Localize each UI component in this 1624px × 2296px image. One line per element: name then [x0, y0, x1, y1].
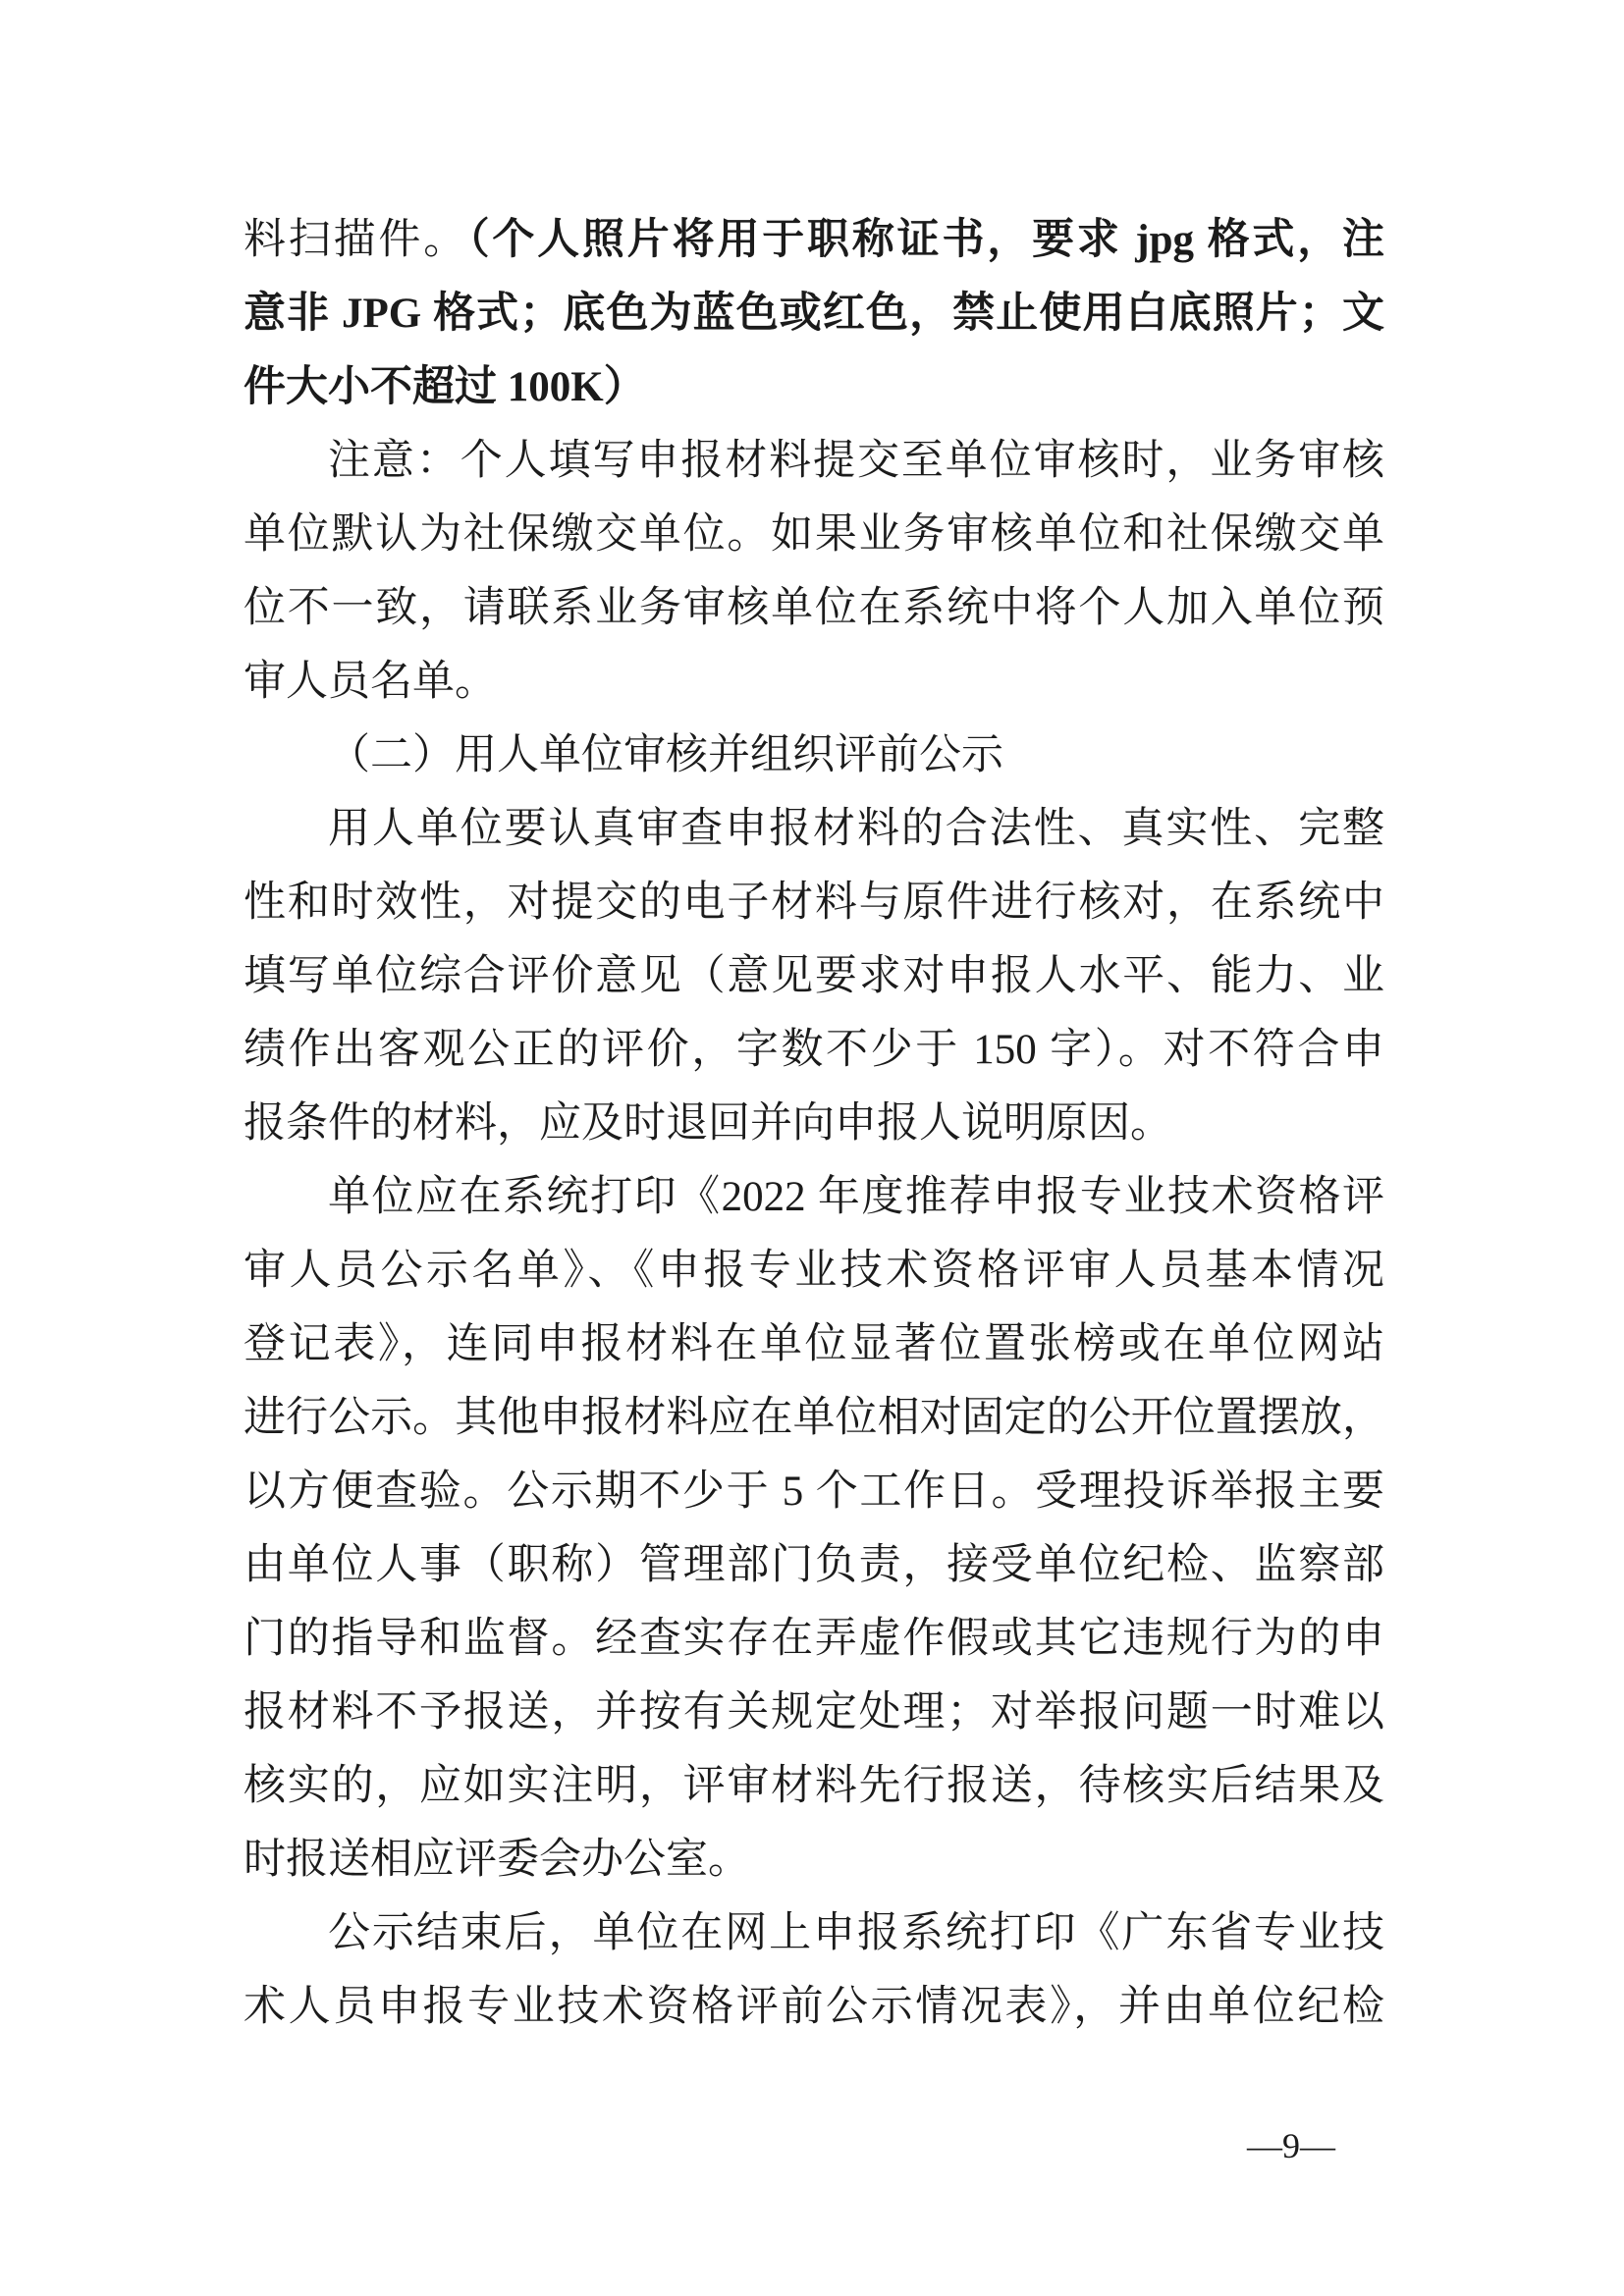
- text-segment: 以方便查验。公示期不少于 5 个工作日。受理投诉举报主要: [244, 1468, 1384, 1515]
- text-segment: 由单位人事（职称）管理部门负责，接受单位纪检、监察部: [244, 1542, 1384, 1588]
- text-segment: 时报送相应评委会办公室。: [244, 1837, 750, 1883]
- text-line: 注意：个人填写申报材料提交至单位审核时，业务审核: [244, 424, 1384, 498]
- text-line: 时报送相应评委会办公室。: [244, 1823, 1384, 1896]
- text-segment: 报条件的材料，应及时退回并向申报人说明原因。: [244, 1100, 1172, 1147]
- section-heading: （二）用人单位审核并组织评前公示: [244, 719, 1384, 792]
- text-segment: 核实的，应如实注明，评审材料先行报送，待核实后结果及: [244, 1763, 1384, 1809]
- text-line: 术人员申报专业技术资格评前公示情况表》，并由单位纪检: [244, 1970, 1384, 2044]
- text-segment: （二）用人单位审核并组织评前公示: [328, 732, 1003, 778]
- text-segment: 门的指导和监督。经查实存在弄虚作假或其它违规行为的申: [244, 1616, 1384, 1662]
- text-segment: 审人员公示名单》、《申报专业技术资格评审人员基本情况: [244, 1248, 1384, 1294]
- text-line: 公示结束后，单位在网上申报系统打印《广东省专业技: [244, 1896, 1384, 1970]
- text-line: 单位应在系统打印《2022 年度推荐申报专业技术资格评: [244, 1160, 1384, 1234]
- text-line: 绩作出客观公正的评价，字数不少于 150 字）。对不符合申: [244, 1013, 1384, 1087]
- text-line: 进行公示。其他申报材料应在单位相对固定的公开位置摆放，: [244, 1381, 1384, 1455]
- text-segment: 进行公示。其他申报材料应在单位相对固定的公开位置摆放，: [244, 1395, 1384, 1441]
- text-line: 用人单位要认真审查申报材料的合法性、真实性、完整: [244, 792, 1384, 866]
- text-line: 位不一致，请联系业务审核单位在系统中将个人加入单位预: [244, 571, 1384, 645]
- text-segment: 报材料不予报送，并按有关规定处理；对举报问题一时难以: [244, 1689, 1384, 1735]
- text-segment: 登记表》，连同申报材料在单位显著位置张榜或在单位网站: [244, 1321, 1384, 1367]
- text-line: 以方便查验。公示期不少于 5 个工作日。受理投诉举报主要: [244, 1455, 1384, 1528]
- bold-text-segment: 件大小不超过 100K）: [244, 364, 646, 410]
- text-segment: 注意：个人填写申报材料提交至单位审核时，业务审核: [328, 438, 1384, 484]
- text-segment: 公示结束后，单位在网上申报系统打印《广东省专业技: [328, 1910, 1384, 1956]
- bold-text-segment: （个人照片将用于职称证书，要求 jpg 格式，注: [468, 217, 1384, 263]
- text-line: 审人员名单。: [244, 645, 1384, 719]
- text-segment: 用人单位要认真审查申报材料的合法性、真实性、完整: [328, 806, 1384, 852]
- text-line: 由单位人事（职称）管理部门负责，接受单位纪检、监察部: [244, 1528, 1384, 1602]
- text-line: 门的指导和监督。经查实存在弄虚作假或其它违规行为的申: [244, 1602, 1384, 1676]
- text-line: 审人员公示名单》、《申报专业技术资格评审人员基本情况: [244, 1234, 1384, 1308]
- text-line: 报条件的材料，应及时退回并向申报人说明原因。: [244, 1087, 1384, 1160]
- text-line: 填写单位综合评价意见（意见要求对申报人水平、能力、业: [244, 939, 1384, 1013]
- text-line: 件大小不超过 100K）: [244, 350, 1384, 424]
- text-segment: 单位应在系统打印《2022 年度推荐申报专业技术资格评: [328, 1174, 1384, 1220]
- text-segment: 位不一致，请联系业务审核单位在系统中将个人加入单位预: [244, 585, 1384, 631]
- text-line: 意非 JPG 格式；底色为蓝色或红色，禁止使用白底照片；文: [244, 277, 1384, 350]
- text-segment: 填写单位综合评价意见（意见要求对申报人水平、能力、业: [244, 953, 1384, 999]
- text-line: 核实的，应如实注明，评审材料先行报送，待核实后结果及: [244, 1749, 1384, 1823]
- text-line: 单位默认为社保缴交单位。如果业务审核单位和社保缴交单: [244, 498, 1384, 571]
- bold-text-segment: 意非 JPG 格式；底色为蓝色或红色，禁止使用白底照片；文: [244, 291, 1384, 337]
- text-line: 性和时效性，对提交的电子材料与原件进行核对，在系统中: [244, 866, 1384, 939]
- text-line: 登记表》，连同申报材料在单位显著位置张榜或在单位网站: [244, 1308, 1384, 1381]
- document-body: 料扫描件。（个人照片将用于职称证书，要求 jpg 格式，注意非 JPG 格式；底…: [244, 203, 1384, 2044]
- text-segment: 审人员名单。: [244, 659, 497, 705]
- text-line: 报材料不予报送，并按有关规定处理；对举报问题一时难以: [244, 1676, 1384, 1749]
- text-segment: 料扫描件。: [244, 217, 468, 263]
- text-segment: 单位默认为社保缴交单位。如果业务审核单位和社保缴交单: [244, 511, 1384, 558]
- document-page: 料扫描件。（个人照片将用于职称证书，要求 jpg 格式，注意非 JPG 格式；底…: [0, 0, 1624, 2296]
- text-segment: 绩作出客观公正的评价，字数不少于 150 字）。对不符合申: [244, 1027, 1384, 1073]
- text-line: 料扫描件。（个人照片将用于职称证书，要求 jpg 格式，注: [244, 203, 1384, 277]
- page-number: —9—: [1247, 2122, 1335, 2169]
- text-segment: 性和时效性，对提交的电子材料与原件进行核对，在系统中: [244, 880, 1384, 926]
- text-segment: 术人员申报专业技术资格评前公示情况表》，并由单位纪检: [244, 1984, 1384, 2030]
